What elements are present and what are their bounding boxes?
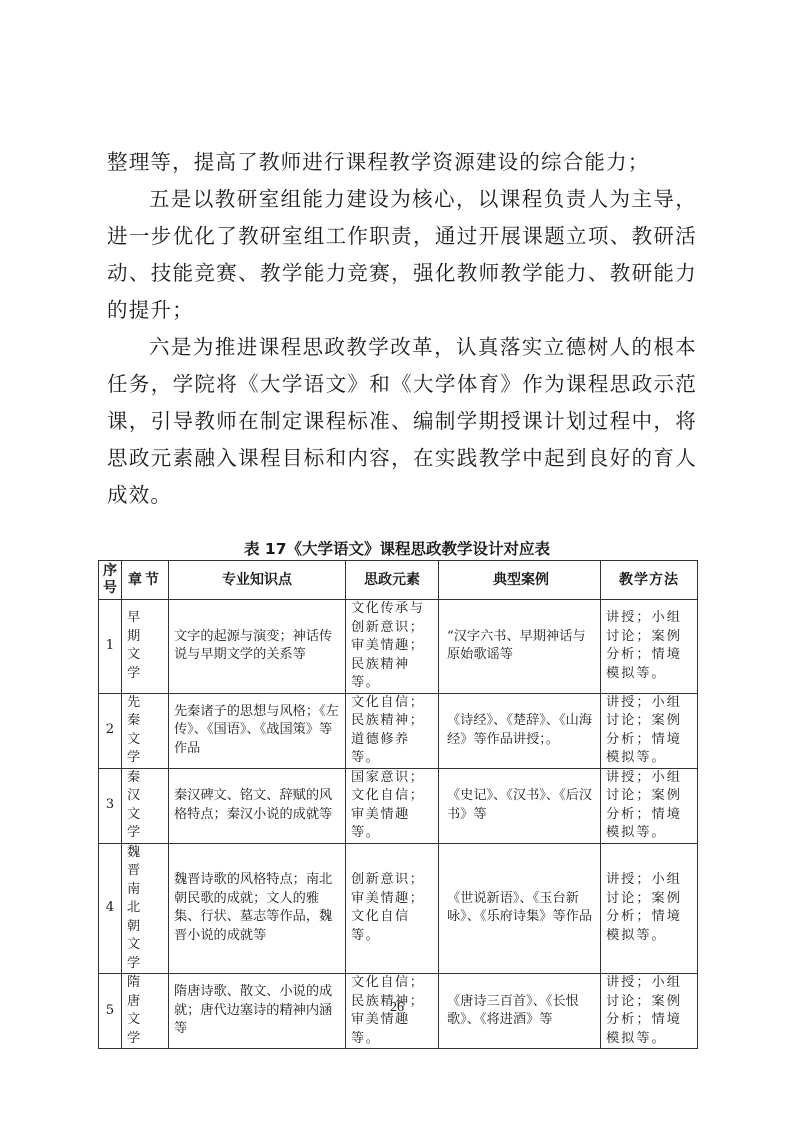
cell-elements: 文化自信；民族精神；道德修养等。 bbox=[346, 693, 439, 768]
cell-knowledge: 先秦诸子的思想与风格；《左传》、《国语》、《战国策》等作品 bbox=[169, 693, 346, 768]
cell-no: 1 bbox=[99, 600, 122, 694]
cell-no: 2 bbox=[99, 693, 122, 768]
cell-no: 3 bbox=[99, 768, 122, 843]
table-row: 1 早期文学 文字的起源与演变；神话传说与早期文学的关系等 文化传承与创新意识；… bbox=[99, 600, 698, 694]
cell-cases: “汉字六书、早期神话与原始歌谣等 bbox=[439, 600, 601, 694]
course-ideology-table: 序号 章节 专业知识点 思政元素 典型案例 教学方法 1 早期文学 文字的起源与… bbox=[98, 560, 698, 1049]
cell-methods: 讲授；小组讨论；案例分析；情境模拟等。 bbox=[601, 693, 698, 768]
cell-chapter: 先秦文学 bbox=[122, 693, 169, 768]
cell-elements: 创新意识；审美情趣；文化自信等。 bbox=[346, 843, 439, 974]
cell-cases: 《诗经》、《楚辞》、《山海经》等作品讲授；。 bbox=[439, 693, 601, 768]
paragraph-item-six: 六是为推进课程思政教学改革，认真落实立德树人的根本任务，学院将《大学语文》和《大… bbox=[107, 329, 697, 514]
header-elements: 思政元素 bbox=[346, 561, 439, 600]
cell-knowledge: 魏晋诗歌的风格特点；南北朝民歌的成就；文人的雅集、行状、墓志等作品，魏晋小说的成… bbox=[169, 843, 346, 974]
cell-methods: 讲授；小组讨论；案例分析；情境模拟等。 bbox=[601, 600, 698, 694]
table-row: 2 先秦文学 先秦诸子的思想与风格；《左传》、《国语》、《战国策》等作品 文化自… bbox=[99, 693, 698, 768]
cell-chapter: 早期文学 bbox=[122, 600, 169, 694]
cell-no: 4 bbox=[99, 843, 122, 974]
table-caption: 表 17《大学语文》课程思政教学设计对应表 bbox=[0, 537, 794, 559]
cell-methods: 讲授；小组讨论；案例分析；情境模拟等。 bbox=[601, 768, 698, 843]
cell-knowledge: 文字的起源与演变；神话传说与早期文学的关系等 bbox=[169, 600, 346, 694]
cell-knowledge: 秦汉碑文、铭文、辞赋的风格特点；秦汉小说的成就等 bbox=[169, 768, 346, 843]
cell-cases: 《史记》、《汉书》、《后汉书》等 bbox=[439, 768, 601, 843]
paragraph-continuation: 整理等，提高了教师进行课程教学资源建设的综合能力； bbox=[107, 144, 697, 181]
header-chapter: 章节 bbox=[122, 561, 169, 600]
table-row: 4 魏晋南北朝文学 魏晋诗歌的风格特点；南北朝民歌的成就；文人的雅集、行状、墓志… bbox=[99, 843, 698, 974]
cell-cases: 《世说新语》、《玉台新咏》、《乐府诗集》等作品 bbox=[439, 843, 601, 974]
header-knowledge: 专业知识点 bbox=[169, 561, 346, 600]
table-header-row: 序号 章节 专业知识点 思政元素 典型案例 教学方法 bbox=[99, 561, 698, 600]
cell-chapter: 秦汉文学 bbox=[122, 768, 169, 843]
cell-chapter: 魏晋南北朝文学 bbox=[122, 843, 169, 974]
cell-elements: 文化传承与创新意识；审美情趣；民族精神等。 bbox=[346, 600, 439, 694]
page-number: 26 bbox=[0, 1000, 794, 1016]
cell-elements: 国家意识；文化自信；审美情趣等。 bbox=[346, 768, 439, 843]
header-methods: 教学方法 bbox=[601, 561, 698, 600]
paragraph-item-five: 五是以教研室组能力建设为核心，以课程负责人为主导，进一步优化了教研室组工作职责，… bbox=[107, 181, 697, 329]
table-row: 3 秦汉文学 秦汉碑文、铭文、辞赋的风格特点；秦汉小说的成就等 国家意识；文化自… bbox=[99, 768, 698, 843]
header-cases: 典型案例 bbox=[439, 561, 601, 600]
header-no: 序号 bbox=[99, 561, 122, 600]
cell-methods: 讲授；小组讨论；案例分析；情境模拟等。 bbox=[601, 843, 698, 974]
